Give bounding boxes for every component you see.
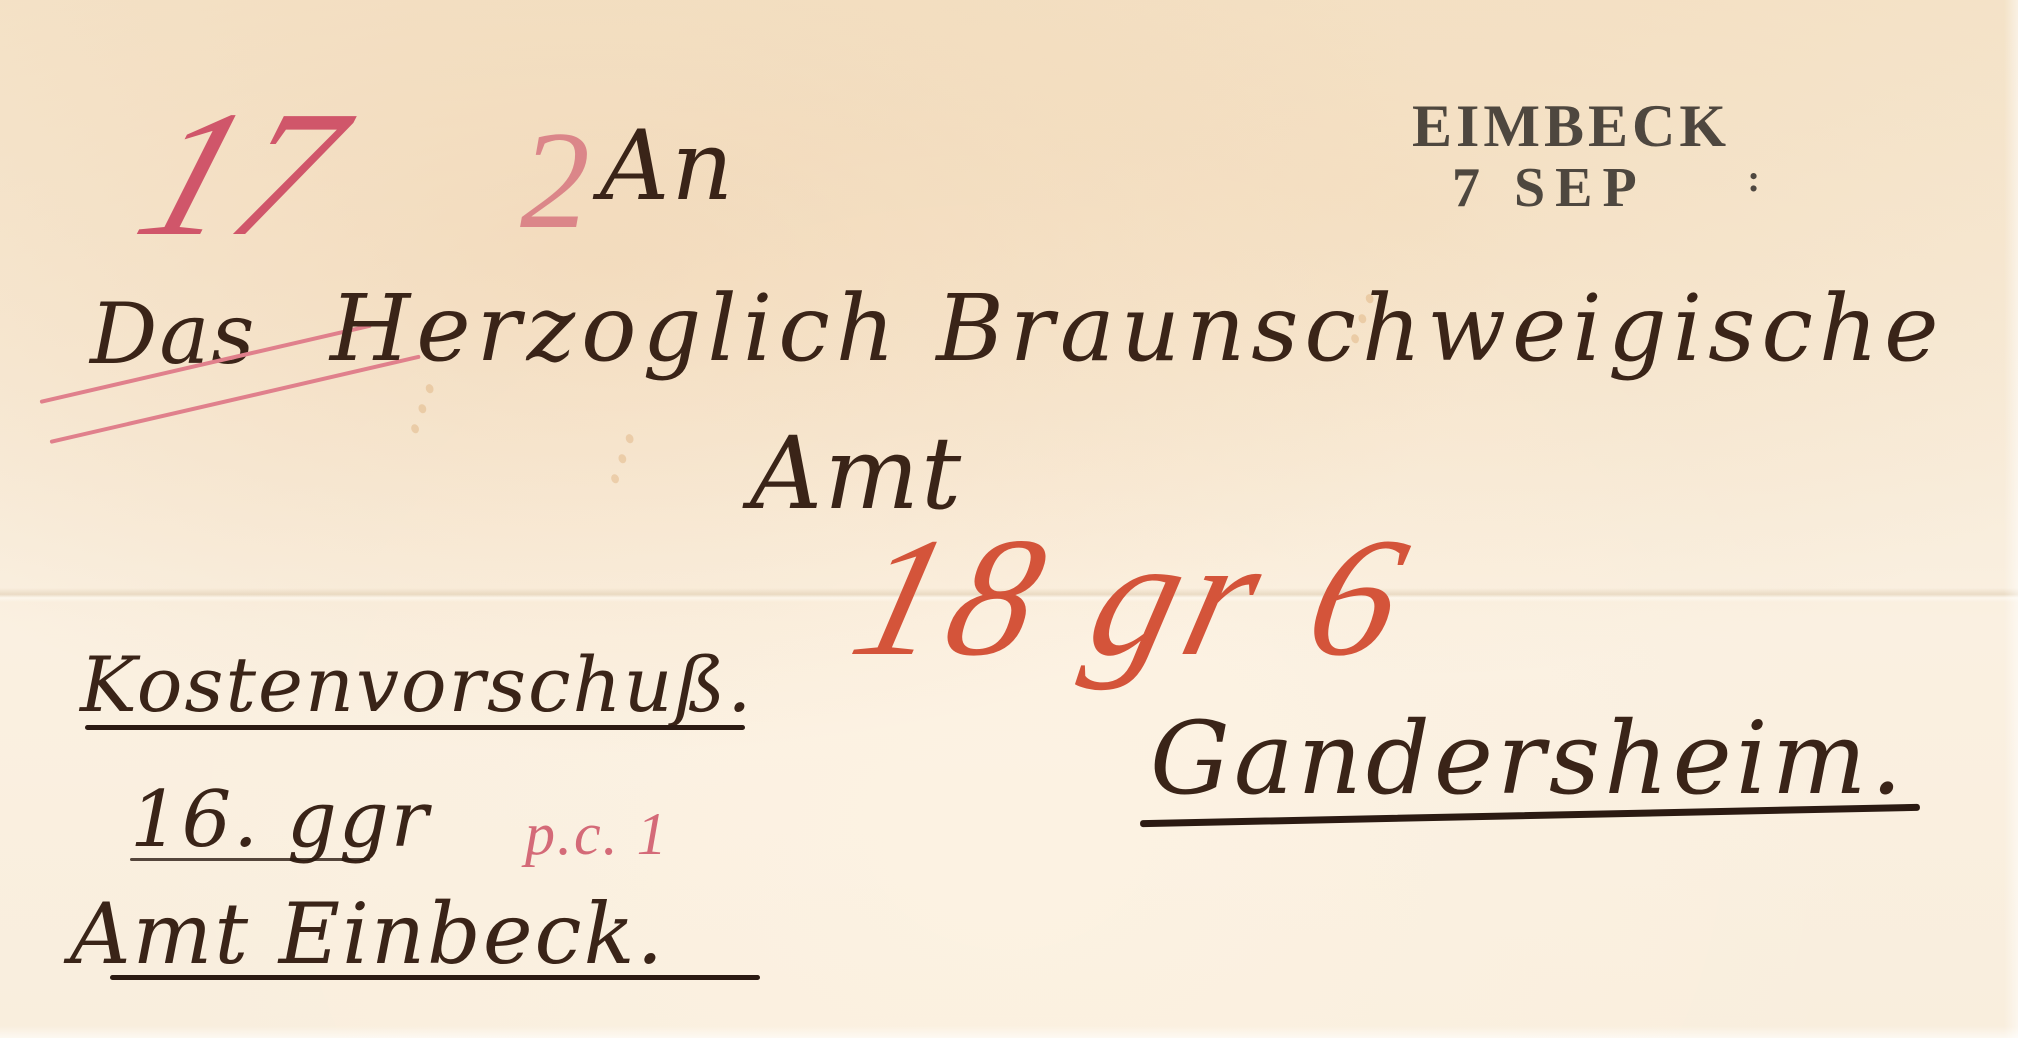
sender-underline-1 — [85, 725, 745, 730]
postmark-town: EIMBECK — [1412, 96, 1730, 156]
red-number-17: 17 — [116, 70, 367, 277]
postmark-stamp: EIMBECK 7 SEP : — [1412, 96, 1730, 216]
sender-underline-2 — [130, 858, 370, 861]
pink-pc-marking: p.c. 1 — [525, 800, 669, 869]
address-line-1: Herzoglich Braunschweigische — [330, 275, 1945, 382]
sender-underline-3 — [110, 975, 760, 980]
letter-cover: … … … EIMBECK 7 SEP : 17 2 An Das Herzog… — [0, 0, 2018, 1038]
pink-number-2: 2 — [520, 100, 592, 261]
sender-line-1: Kostenvorschuß. — [80, 640, 753, 729]
sender-line-3: Amt Einbeck. — [70, 885, 665, 983]
paper-edge-right — [2004, 0, 2018, 1038]
red-postage-marking: 18 gr 6 — [836, 500, 1432, 695]
paper-edge-bottom — [0, 1026, 2018, 1038]
postmark-date: 7 SEP — [1412, 160, 1730, 216]
sender-line-2: 16. ggr — [130, 775, 430, 865]
salutation-an: An — [600, 110, 735, 222]
destination-town: Gandersheim. — [1150, 700, 1906, 817]
bleed-through-text: … — [560, 410, 651, 495]
postmark-suffix: : — [1747, 160, 1760, 198]
